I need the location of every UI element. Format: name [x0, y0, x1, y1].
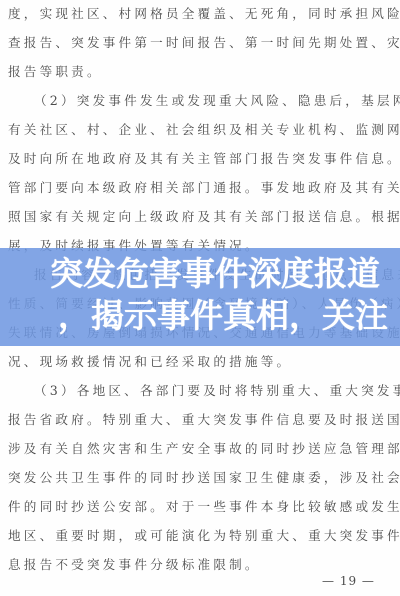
document-text-line: 报告省政府。特别重大、重大突发事件信息要及时报送国务院，	[8, 412, 396, 428]
banner-headline-line-1: 突发危害事件深度报道	[50, 256, 380, 292]
document-text-line: 涉及有关自然灾害和生产安全事故的同时抄送应急管理部，涉及	[8, 441, 396, 457]
document-text-line: 照国家有关规定向上级政府及其有关部门报送信息。根据事态进	[8, 209, 396, 225]
document-text-line: 息报告不受突发事件分级标准限制。	[8, 557, 396, 573]
document-text-line: 突发公共卫生事件的同时抄送国家卫生健康委，涉及社会安全事	[8, 470, 396, 486]
document-text-line: （3）各地区、各部门要及时将特别重大、重大突发事件信息	[34, 383, 396, 399]
document-text-line: 度，实现社区、村网格员全覆盖、无死角，同时承担风险隐患巡	[8, 6, 396, 22]
document-text-line: 管部门要向本级政府相关部门通报。事发地政府及其有关部门按	[8, 180, 396, 196]
headline-banner: 突发危害事件深度报道 ，揭示事件真相，关注	[0, 248, 400, 346]
document-text-line: 有关社区、村、企业、社会组织及相关专业机构、监测网点等要	[8, 122, 396, 138]
document-text-line: 地区、重要时期，或可能演化为特别重大、重大突发事件的，信	[8, 528, 396, 544]
document-text-line: 件的同时抄送公安部。对于一些事件本身比较敏感或发生在重点	[8, 499, 396, 515]
document-text-line: （2）突发事件发生或发现重大风险、隐患后，基层网格员和	[34, 93, 396, 109]
document-text-line: 况、现场救援情况和已经采取的措施等。	[8, 354, 396, 370]
banner-headline-line-2: ，揭示事件真相，关注	[58, 298, 388, 334]
document-text-line: 查报告、突发事件第一时间报告、第一时间先期处置、灾情统计	[8, 35, 396, 51]
document-text-line: 及时向所在地政府及其有关主管部门报告突发事件信息。有关主	[8, 151, 396, 167]
document-text-line: 报告等职责。	[8, 64, 396, 80]
page-number: — 19 —	[322, 574, 375, 588]
